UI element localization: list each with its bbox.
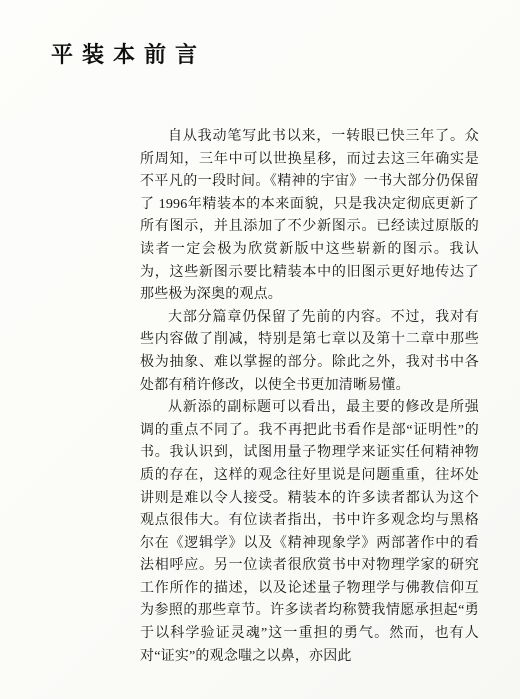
paragraph-2: 大部分篇章仍保留了先前的内容。不过，我对有些内容做了削减，特别是第七章以及第十二… <box>140 307 479 397</box>
paragraph-3: 从新添的副标题可以看出，最主要的修改是所强调的重点不同了。我不再把此书看作是部“… <box>140 397 479 668</box>
page-title: 平装本前言 <box>51 43 206 67</box>
preface-body: 自从我动笔写此书以来，一转眼已快三年了。众所周知，三年中可以世换星移，而过去这三… <box>140 126 479 668</box>
book-page: 平装本前言 自从我动笔写此书以来，一转眼已快三年了。众所周知，三年中可以世换星移… <box>0 0 520 699</box>
paragraph-1: 自从我动笔写此书以来，一转眼已快三年了。众所周知，三年中可以世换星移，而过去这三… <box>140 126 479 307</box>
